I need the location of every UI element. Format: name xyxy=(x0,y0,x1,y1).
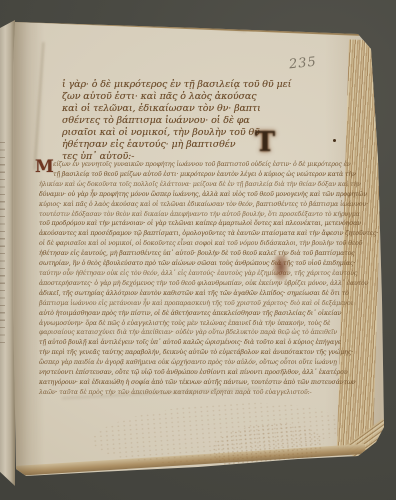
commentary-line: βάπτισμα ἰωάννου εἰς μετάνοιαν ἦν καὶ πρ… xyxy=(39,299,339,309)
gospel-line: καὶ οἱ τελῶναι, ἐδικαίωσαν τὸν θν· βαπτι xyxy=(62,103,268,115)
commentary-line: φαρισαίους καταισχύνει διὰ τὴν ἀπείθειαν… xyxy=(39,328,339,338)
manuscript-page: 235 ἰ γὰρ· ὁ δὲ μικρότερος ἐν τῇ βασιλεί… xyxy=(0,0,396,500)
commentary-line: τὴν περὶ τῆς γενεᾶς ταύτης παραβολήν, δε… xyxy=(39,348,339,358)
initial-tau: Τ xyxy=(255,127,275,158)
commentary-line: οἱ δὲ φαρισαῖοι καὶ οἱ νομικοί, οἱ δοκοῦ… xyxy=(39,239,339,249)
commentary-line: τῇ αὐτοῦ βουλῇ καὶ ἀντιλέγειν τοῖς ὑπ᾽ α… xyxy=(39,338,339,348)
facing-page-text-specks xyxy=(0,142,5,347)
commentary-line: ὥσπερ γὰρ παιδία ἐν ἀγορᾷ καθήμενα οὐκ ὠ… xyxy=(39,358,339,368)
gospel-line: ἰ γὰρ· ὁ δὲ μικρότερος ἐν τῇ βασιλείᾳ το… xyxy=(62,79,268,91)
commentary-line: σωτηρίαν, ἣν ὁ θεὸς ἐβουλεύσατο πρὸ τῶν … xyxy=(39,259,339,269)
commentary-line: αὐτὸ ἡτοιμάσθησαν πρὸς τὴν πίστιν, οἱ δὲ… xyxy=(39,309,339,319)
commentary-line: ἀκούσαντες καὶ προσέδραμον τῷ βαπτίσματι… xyxy=(39,229,339,239)
manuscript-photo: 235 ἰ γὰρ· ὁ δὲ μικρότερος ἐν τῇ βασιλεί… xyxy=(0,0,396,500)
folio-number: 235 xyxy=(288,55,317,73)
gospel-line: σθέντες τὸ βάπτισμα ἰωάννου· οἱ δὲ φα xyxy=(62,115,268,127)
commentary-line: νηστεύοντι ἐπίστευσαν, οὔτε τῷ υἱῷ τοῦ ἀ… xyxy=(39,368,339,378)
commentary-line: ἀγνωμοσύνην· ὅρα δὲ πῶς ὁ εὐαγγελιστὴς τ… xyxy=(39,319,339,329)
commentary-line: ἠθέτησαν εἰς ἑαυτούς, μὴ βαπτισθέντες ὑπ… xyxy=(39,249,339,259)
commentary-line: κύριος· καὶ πᾶς ὁ λαὸς ἀκούσας καὶ οἱ τε… xyxy=(39,200,339,210)
gospel-text-block: ἰ γὰρ· ὁ δὲ μικρότερος ἐν τῇ βασιλείᾳ το… xyxy=(62,79,268,163)
commentary-line: είζων ἐν γεννητοῖς γυναικῶν προφήτης ἰωά… xyxy=(39,160,339,170)
facing-page-edge xyxy=(0,14,15,486)
commentary-line: λαῶν· ταῦτα δὲ πρὸς τὴν τῶν ἀπειθούντων … xyxy=(39,388,339,398)
gospel-line: ρισαῖοι καὶ οἱ νομικοί, τὴν βουλὴν τοῦ θ… xyxy=(62,127,268,139)
commentary-line: τῇ βασιλείᾳ τοῦ θεοῦ μείζων αὐτοῦ ἐστι· … xyxy=(39,170,339,180)
commentary-line: ταύτην οὖν ἠθέτησαν οὐκ εἰς τὸν θεόν, ἀλ… xyxy=(39,269,339,279)
commentary-text-block: είζων ἐν γεννητοῖς γυναικῶν προφήτης ἰωά… xyxy=(39,160,339,398)
commentary-line: τοῦ προδρόμου καὶ τὴν μετάνοιαν· οἱ γὰρ … xyxy=(39,219,339,229)
commentary-line: ἀποστερήσαντες· ὁ γὰρ μὴ δεχόμενος τὴν τ… xyxy=(39,279,339,289)
gospel-line: ζων αὐτοῦ ἐστι· καὶ πᾶς ὁ λαὸς ἀκούσας xyxy=(62,91,268,103)
commentary-line: ἡλικίαν καὶ ὡς δοκοῦντα τοῖς πολλοῖς ἐλά… xyxy=(39,180,339,190)
commentary-line: κατηγόρουν· καὶ ἐδικαιώθη ἡ σοφία ἀπὸ τῶ… xyxy=(39,378,339,388)
gospel-line: ἠθέτησαν εἰς ἑαυτούς· μὴ βαπτισθέν xyxy=(62,139,268,151)
marginal-stain xyxy=(273,255,289,281)
page-top-edge xyxy=(13,19,367,36)
commentary-line: δύναμιν· οὐ γὰρ ἦν προφήτης μόνον ὥσπερ … xyxy=(39,190,339,200)
commentary-line: ἀδικεῖ, τῆς σωτηρίας ἀλλότριον ἑαυτὸν κα… xyxy=(39,289,339,299)
commentary-line: τουτέστιν ἐδόξασαν τὸν θεὸν καὶ δικαίαν … xyxy=(39,210,339,220)
ink-dot xyxy=(333,139,336,142)
